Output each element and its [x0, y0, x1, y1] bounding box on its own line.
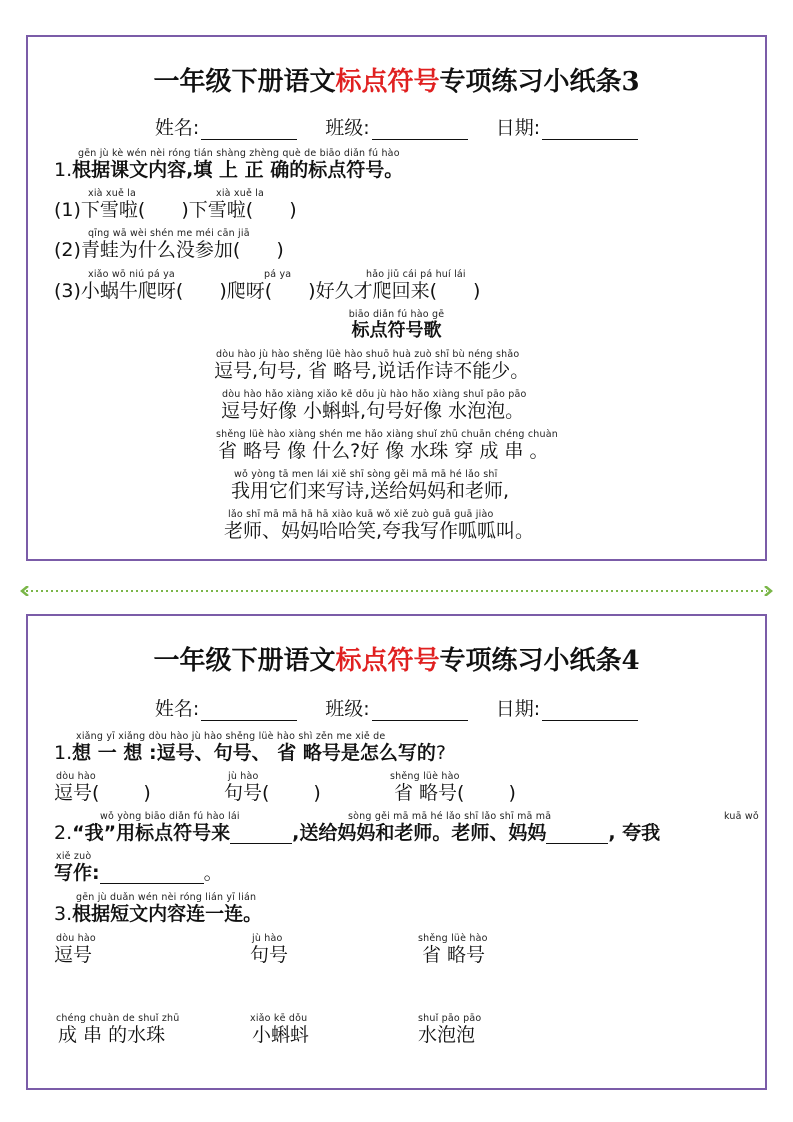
- q1-number: 1.: [54, 742, 72, 764]
- song-line3: 省 略号 像 什么?好 像 水珠 穿 成 串 。: [218, 440, 548, 462]
- worksheet-3-title: 一年级下册语文标点符号专项练习小纸条3: [28, 61, 765, 98]
- class-field[interactable]: 班级:: [325, 694, 467, 721]
- q2-pinyin-c: kuā wǒ: [724, 811, 759, 822]
- q2-pinyin-b: sòng gěi mā mā hé lǎo shī lǎo shī mā mā: [348, 811, 551, 822]
- item2-text: 青蛙为什么没参加(: [81, 239, 240, 261]
- class-label: 班级:: [325, 694, 369, 721]
- match-top1[interactable]: 逗号: [54, 944, 92, 966]
- q2-text-a: “我”用标点符号来: [72, 822, 230, 844]
- q2-pinyin-d: xiě zuò: [56, 851, 91, 862]
- item3-text-c: )好久才爬回来(: [308, 280, 437, 302]
- item1-pinyin-b: xià xuě la: [216, 188, 264, 199]
- answer3-text: 省 略号(: [394, 782, 464, 804]
- song-line2: 逗号好像 小蝌蚪,句号好像 水泡泡。: [221, 400, 524, 422]
- match-bottom2-pinyin: xiǎo kē dǒu: [250, 1013, 307, 1024]
- name-field[interactable]: 姓名:: [155, 694, 297, 721]
- date-label: 日期:: [496, 113, 540, 140]
- q2-end: 。: [204, 862, 223, 884]
- match-bottom1[interactable]: 成 串 的水珠: [58, 1024, 165, 1046]
- q2-text-c: , 夸我: [608, 822, 660, 844]
- q3-heading: 3.根据短文内容连一连。: [54, 903, 262, 925]
- class-blank[interactable]: [372, 119, 468, 140]
- title-highlight: 标点符号: [335, 67, 439, 97]
- song-line4-pinyin: wǒ yòng tā men lái xiě shī sòng gěi mā m…: [234, 469, 497, 480]
- q1-text: 根据课文内容,填 上 正 确的标点符号。: [72, 159, 403, 181]
- name-blank[interactable]: [201, 119, 297, 140]
- q2-text-b: ,送给妈妈和老师。老师、妈妈: [292, 822, 546, 844]
- match-bottom3-pinyin: shuǐ pāo pāo: [418, 1013, 481, 1024]
- match-top3[interactable]: 省 略号: [422, 944, 485, 966]
- item1-close-a: ): [181, 199, 188, 221]
- item3: (3)小蜗牛爬呀()爬呀()好久才爬回来(): [54, 280, 480, 302]
- item1-label: (1): [54, 199, 81, 221]
- class-label: 班级:: [325, 113, 369, 140]
- worksheet-4-title: 一年级下册语文标点符号专项练习小纸条4: [28, 640, 765, 677]
- q3-pinyin: gēn jù duǎn wén nèi róng lián yī lián: [76, 892, 256, 903]
- item1-pinyin-a: xià xuě la: [88, 188, 136, 199]
- item3-pinyin-b: pá ya: [264, 269, 291, 280]
- match-top1-pinyin: dòu hào: [56, 933, 96, 944]
- name-label: 姓名:: [155, 113, 199, 140]
- student-info-fields: 姓名: 班级: 日期:: [28, 113, 765, 140]
- q3-number: 3.: [54, 903, 72, 925]
- item3-text-a: 小蜗牛爬呀(: [81, 280, 183, 302]
- title-prefix: 一年级下册语文: [153, 646, 335, 676]
- q1-number: 1.: [54, 159, 72, 181]
- q2-blank-1[interactable]: [230, 825, 292, 844]
- q1-heading: 1.根据课文内容,填 上 正 确的标点符号。: [54, 159, 403, 181]
- class-blank[interactable]: [372, 700, 468, 721]
- song-title: 标点符号歌: [28, 320, 765, 342]
- item3-text-b: )爬呀(: [219, 280, 272, 302]
- worksheet-4: 一年级下册语文标点符号专项练习小纸条4 姓名: 班级: 日期: xiǎng yī…: [26, 614, 767, 1090]
- q1-pinyin: xiǎng yī xiǎng dòu hào jù hào shěng lüè …: [76, 731, 385, 742]
- answer2: 句号(): [224, 782, 321, 804]
- title-suffix: 专项练习小纸条4: [439, 646, 639, 676]
- title-highlight: 标点符号: [335, 646, 439, 676]
- answer2-pinyin: jù hào: [228, 771, 259, 782]
- date-label: 日期:: [496, 694, 540, 721]
- q2-pinyin-a: wǒ yòng biāo diǎn fú hào lái: [100, 811, 240, 822]
- class-field[interactable]: 班级:: [325, 113, 467, 140]
- q1-heading: 1.想 一 想 :逗号、句号、 省 略号是怎么写的?: [54, 742, 446, 764]
- answer3: 省 略号(): [394, 782, 516, 804]
- song-line5: 老师、妈妈哈哈笑,夸我写作呱呱叫。: [224, 520, 534, 542]
- song-line1-pinyin: dòu hào jù hào shěng lüè hào shuō huà zu…: [216, 349, 519, 360]
- q3-text: 根据短文内容连一连。: [72, 903, 262, 925]
- worksheet-3: 一年级下册语文标点符号专项练习小纸条3 姓名: 班级: 日期: gēn jù k…: [26, 35, 767, 561]
- item1-text-b: 下雪啦(: [189, 199, 253, 221]
- cut-line-divider: [20, 586, 773, 596]
- match-top2-pinyin: jù hào: [252, 933, 283, 944]
- song-line1: 逗号,句号, 省 略号,说话作诗不能少。: [214, 360, 529, 382]
- answer3-pinyin: shěng lüè hào: [390, 771, 460, 782]
- name-blank[interactable]: [201, 700, 297, 721]
- item2-close: ): [276, 239, 283, 261]
- date-field[interactable]: 日期:: [496, 694, 638, 721]
- answer2-text: 句号(: [224, 782, 269, 804]
- q1-qmark: ?: [436, 742, 446, 764]
- date-field[interactable]: 日期:: [496, 113, 638, 140]
- item1-text-a: 下雪啦(: [81, 199, 145, 221]
- match-top3-pinyin: shěng lüè hào: [418, 933, 488, 944]
- q1-pinyin: gēn jù kè wén nèi róng tián shàng zhèng …: [78, 148, 400, 159]
- item3-pinyin-a: xiǎo wō niú pá ya: [88, 269, 175, 280]
- q1-text: 想 一 想 :逗号、句号、 省 略号是怎么写的: [72, 742, 436, 764]
- item3-pinyin-c: hǎo jiǔ cái pá huí lái: [366, 269, 466, 280]
- match-top2[interactable]: 句号: [250, 944, 288, 966]
- student-info-fields: 姓名: 班级: 日期:: [28, 694, 765, 721]
- name-label: 姓名:: [155, 694, 199, 721]
- q2-blank-3[interactable]: [100, 865, 204, 884]
- match-bottom3[interactable]: 水泡泡: [418, 1024, 475, 1046]
- match-bottom1-pinyin: chéng chuàn de shuǐ zhū: [56, 1013, 179, 1024]
- title-suffix: 专项练习小纸条3: [439, 67, 639, 97]
- item2-label: (2): [54, 239, 81, 261]
- item1: (1)下雪啦()下雪啦(): [54, 199, 297, 221]
- answer2-close: ): [313, 782, 320, 804]
- song-line2-pinyin: dòu hào hǎo xiàng xiǎo kē dǒu jù hào hǎo…: [222, 389, 527, 400]
- answer1-pinyin: dòu hào: [56, 771, 96, 782]
- q2-text-d: 写作:: [54, 862, 100, 884]
- q2-number: 2.: [54, 822, 72, 844]
- item1-close-b: ): [289, 199, 296, 221]
- item2: (2)青蛙为什么没参加(): [54, 239, 284, 261]
- item2-pinyin: qīng wā wèi shén me méi cān jiā: [88, 228, 250, 239]
- answer1-text: 逗号(: [54, 782, 99, 804]
- answer1: 逗号(): [54, 782, 151, 804]
- song-line4: 我用它们来写诗,送给妈妈和老师,: [231, 480, 509, 502]
- song-title-pinyin: biāo diǎn fú hào gē: [28, 309, 765, 320]
- date-blank[interactable]: [542, 700, 638, 721]
- item3-label: (3): [54, 280, 81, 302]
- item3-close-c: ): [473, 280, 480, 302]
- q2-line2: 写作:。: [54, 862, 223, 884]
- arrow-right-icon: [765, 586, 771, 596]
- title-prefix: 一年级下册语文: [153, 67, 335, 97]
- q2-line1: 2.“我”用标点符号来,送给妈妈和老师。老师、妈妈, 夸我: [54, 822, 660, 844]
- match-bottom2[interactable]: 小蝌蚪: [252, 1024, 309, 1046]
- date-blank[interactable]: [542, 119, 638, 140]
- name-field[interactable]: 姓名:: [155, 113, 297, 140]
- answer3-close: ): [508, 782, 515, 804]
- answer1-close: ): [143, 782, 150, 804]
- q2-blank-2[interactable]: [546, 825, 608, 844]
- song-line5-pinyin: lǎo shī mā mā hā hā xiào kuā wǒ xiě zuò …: [228, 509, 494, 520]
- song-line3-pinyin: shěng lüè hào xiàng shén me hǎo xiàng sh…: [216, 429, 558, 440]
